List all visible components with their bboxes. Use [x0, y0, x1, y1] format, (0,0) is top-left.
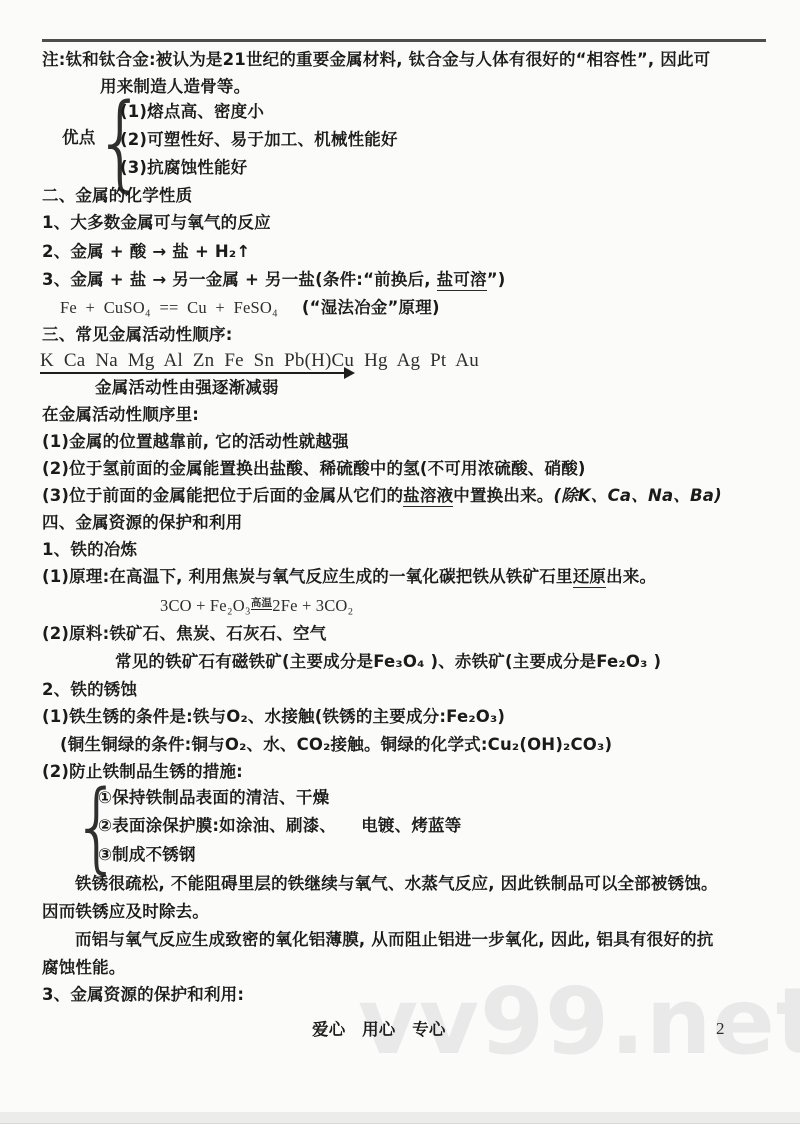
section4-heading: 四、金属资源的保护和利用: [42, 513, 242, 534]
header-rule: [42, 39, 766, 42]
smelting-equation-right: 2Fe + 3CO₂: [272, 596, 353, 615]
section3-rule2: (2)位于氢前面的金属能置换出盐酸、稀硫酸中的氢(不可用浓硫酸、硝酸): [42, 459, 586, 480]
section2-item3-main: 3、金属 + 盐 → 另一金属 + 另一盐: [42, 270, 315, 289]
section3-rule3-mid: 中置换出来。: [453, 486, 553, 505]
section2-item3: 3、金属 + 盐 → 另一金属 + 另一盐(条件:“前换后, 盐可溶”): [42, 270, 506, 291]
page-separator: [0, 1112, 800, 1124]
protection-title: 3、金属资源的保护和利用:: [42, 985, 244, 1006]
prevention-item-2: ②表面涂保护膜:如涂油、刷漆、 电镀、烤蓝等: [98, 816, 461, 837]
smelting-principle-pre: (1)原理:在高温下, 利用焦炭与氧气反应生成的一氧化碳把铁从铁矿石里: [42, 567, 573, 586]
displacement-equation-formula: Fe + CuSO₄ == Cu + FeSO₄: [60, 298, 278, 317]
rust-title: 2、铁的锈蚀: [42, 680, 137, 701]
section2-item3-cond-pre: (条件:“前换后,: [315, 270, 437, 289]
activity-series-note: 金属活动性由强逐渐减弱: [95, 378, 279, 399]
rust-condition: (1)铁生锈的条件是:铁与O₂、水接触(铁锈的主要成分:Fe₂O₃): [42, 707, 505, 728]
footer-motto: 爱心 用心 专心: [312, 1020, 446, 1041]
smelting-ores: 常见的铁矿石有磁铁矿(主要成分是Fe₃O₄ )、赤铁矿(主要成分是Fe₂O₃ ): [115, 652, 661, 673]
prevention-item-1: ①保持铁制品表面的清洁、干燥: [98, 788, 329, 809]
smelting-principle-underlined: 还原: [573, 567, 606, 588]
section3-rule3-exceptions: (除K、Ca、Na、Ba): [553, 486, 721, 505]
section3-rule3: (3)位于前面的金属能把位于后面的金属从它们的盐溶液中置换出来。(除K、Ca、N…: [42, 486, 722, 507]
section2-item2: 2、金属 + 酸 → 盐 + H₂↑: [42, 242, 250, 263]
advantage-item-1: (1)熔点高、密度小: [120, 102, 264, 123]
section2-heading: 二、金属的化学性质: [42, 186, 192, 207]
advantage-item-3: (3)抗腐蚀性能好: [120, 158, 247, 179]
smelting-equation-left: 3CO + Fe₂O₃: [160, 596, 251, 615]
smelting-principle: (1)原理:在高温下, 利用焦炭与氧气反应生成的一氧化碳把铁从铁矿石里还原出来。: [42, 567, 656, 588]
prevention-item-3: ③制成不锈钢: [98, 845, 196, 866]
advantage-item-2: (2)可塑性好、易于加工、机械性能好: [120, 130, 398, 151]
copper-patina-note: (铜生铜绿的条件:铜与O₂、水、CO₂接触。铜绿的化学式:Cu₂(OH)₂CO₃…: [60, 735, 612, 756]
note-line-1: 注:钛和钛合金:被认为是21世纪的重要金属材料, 钛合金与人体有很好的“相容性”…: [42, 50, 710, 71]
advantages-label: 优点: [62, 128, 95, 149]
displacement-equation-note: (“湿法冶金”原理): [278, 298, 440, 317]
rust-paragraph-2a: 而铝与氧气反应生成致密的氧化铝薄膜, 从而阻止铝进一步氧化, 因此, 铝具有很好…: [75, 930, 713, 951]
section3-rule3-underlined: 盐溶液: [403, 486, 453, 507]
section3-rule1: (1)金属的位置越靠前, 它的活动性就越强: [42, 432, 349, 453]
smelting-materials: (2)原料:铁矿石、焦炭、石灰石、空气: [42, 624, 326, 645]
section3-intro: 在金属活动性顺序里:: [42, 405, 199, 426]
activity-series: K Ca Na Mg Al Zn Fe Sn Pb(H)Cu Hg Ag Pt …: [40, 349, 479, 373]
smelting-title: 1、铁的冶炼: [42, 540, 137, 561]
smelting-principle-post: 出来。: [606, 567, 656, 586]
section2-item3-cond-post: ”): [487, 270, 506, 289]
smelting-equation: 3CO + Fe₂O₃高温2Fe + 3CO₂: [160, 596, 354, 617]
rust-paragraph-1b: 因而铁锈应及时除去。: [42, 902, 209, 923]
rust-paragraph-1a: 铁锈很疏松, 不能阻碍里层的铁继续与氧气、水蒸气反应, 因此铁制品可以全部被锈蚀…: [75, 874, 718, 895]
section2-item1: 1、大多数金属可与氧气的反应: [42, 213, 271, 234]
section2-item3-cond-underlined: 盐可溶: [437, 270, 487, 291]
next-page-edge: [0, 1124, 800, 1137]
smelting-equation-condition: 高温: [251, 598, 272, 610]
page-number: 2: [716, 1018, 725, 1039]
rust-paragraph-2b: 腐蚀性能。: [42, 958, 126, 979]
displacement-equation: Fe + CuSO₄ == Cu + FeSO₄(“湿法冶金”原理): [60, 298, 440, 319]
document-page: vv99.net 注:钛和钛合金:被认为是21世纪的重要金属材料, 钛合金与人体…: [0, 0, 800, 1137]
section3-rule3-pre: (3)位于前面的金属能把位于后面的金属从它们的: [42, 486, 403, 505]
section3-heading: 三、常见金属活动性顺序:: [42, 325, 233, 346]
